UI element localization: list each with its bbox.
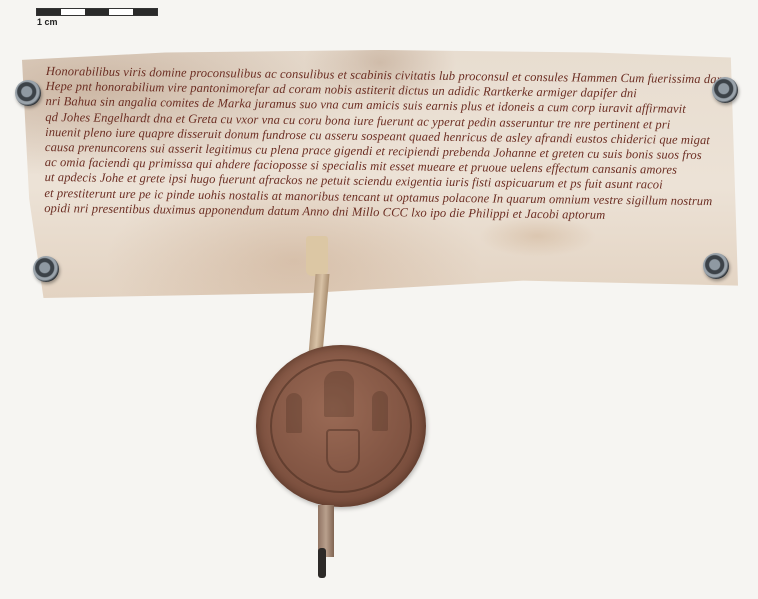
mounting-rod: [318, 548, 326, 578]
scale-label: 1 cm: [37, 17, 58, 27]
charter-text: Honorabilibus viris domine proconsulibus…: [44, 64, 726, 224]
mounting-pin-icon: [712, 77, 738, 103]
scale-segment: [61, 9, 85, 15]
wax-seal: [256, 345, 426, 507]
tower-icon: [324, 371, 354, 417]
scale-segment: [85, 9, 109, 15]
tower-icon: [286, 393, 302, 433]
scale-segment: [109, 9, 133, 15]
mounting-pin-icon: [703, 253, 729, 279]
seal-tag-top: [306, 236, 328, 276]
scale-bar: [36, 8, 158, 16]
mounting-pin-icon: [33, 256, 59, 282]
scale-segment: [133, 9, 157, 15]
mounting-pin-icon: [15, 80, 41, 106]
tower-icon: [372, 391, 388, 431]
scale-segment: [37, 9, 61, 15]
shield-icon: [326, 429, 360, 473]
